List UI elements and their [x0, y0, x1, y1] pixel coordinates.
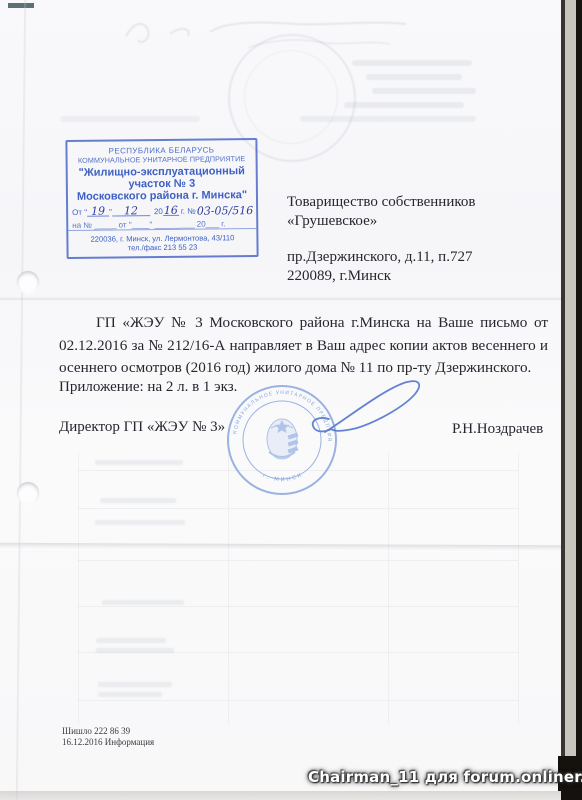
recipient-city: 220089, г.Минск [287, 267, 475, 286]
stamp-phone: тел./факс 213 55 23 [72, 242, 252, 253]
stamp-org-type: КОММУНАЛЬНОЕ УНИТАРНОЕ ПРЕДПРИЯТИЕ [72, 154, 252, 165]
signature-stroke [285, 370, 425, 445]
bleedthrough-text [60, 116, 200, 122]
scanner-dark-edge [576, 0, 582, 800]
bleedthrough-text [352, 60, 472, 66]
stamp-number-label: г. № [181, 207, 196, 216]
executor-line: Шишло 222 86 39 [62, 726, 154, 737]
bleedthrough-seal-inner [244, 50, 338, 144]
org-corner-stamp: РЕСПУБЛИКА БЕЛАРУСЬ КОММУНАЛЬНОЕ УНИТАРН… [65, 138, 258, 259]
stamp-day-handwritten: 19 [87, 207, 109, 217]
recipient-block: Товарищество собственников «Грушевское» … [287, 193, 475, 286]
stamp-year-prefix: 20 [154, 207, 163, 216]
stamp-from-label: От " [72, 208, 87, 217]
scanner-background-strip [565, 0, 576, 800]
stamp-org-name-1: "Жилищно-эксплуатационный [72, 165, 252, 179]
bleedthrough-text [344, 102, 464, 108]
footer-block: Шишло 222 86 39 16.12.2016 Информация [62, 726, 154, 748]
bleedthrough-text [300, 116, 476, 122]
recipient-street: пр.Дзержинского, д.11, п.727 [287, 248, 475, 267]
stamp-year-handwritten: 16 [163, 206, 179, 216]
signature-title: Директор ГП «ЖЭУ № 3» [59, 419, 225, 436]
fold-crease-upper [0, 297, 561, 301]
info-line: 16.12.2016 Информация [62, 737, 154, 748]
signature-name: Р.Н.Ноздрачев [452, 421, 543, 438]
stamp-month-handwritten: 12 [112, 206, 150, 216]
svg-text:г. МИНСК: г. МИНСК [261, 472, 304, 483]
stamp-doc-number-handwritten: 03-05/516 [197, 206, 254, 216]
scan-artifact-mark [8, 3, 34, 8]
forum-watermark: Chairman_11 для forum.onliner.by [308, 768, 568, 786]
recipient-org-1: Товарищество собственников [287, 193, 475, 212]
stamp-date-number-line: От " 19 " 12 20 16 г. № 03-05/516 [72, 205, 252, 217]
recipient-org-2: «Грушевское» [287, 212, 475, 231]
stamp-org-name-3: Московского района г. Минска" [72, 189, 252, 203]
hole-punch-top [17, 271, 39, 293]
attachment-line: Приложение: на 2 л. в 1 экз. [59, 379, 237, 396]
seal-ring-bottom-text: г. МИНСК [261, 472, 304, 483]
bleedthrough-text [372, 88, 476, 94]
page-bottom-edge [0, 791, 561, 800]
hole-punch-bottom [17, 482, 39, 504]
bleedthrough-text [366, 74, 462, 80]
